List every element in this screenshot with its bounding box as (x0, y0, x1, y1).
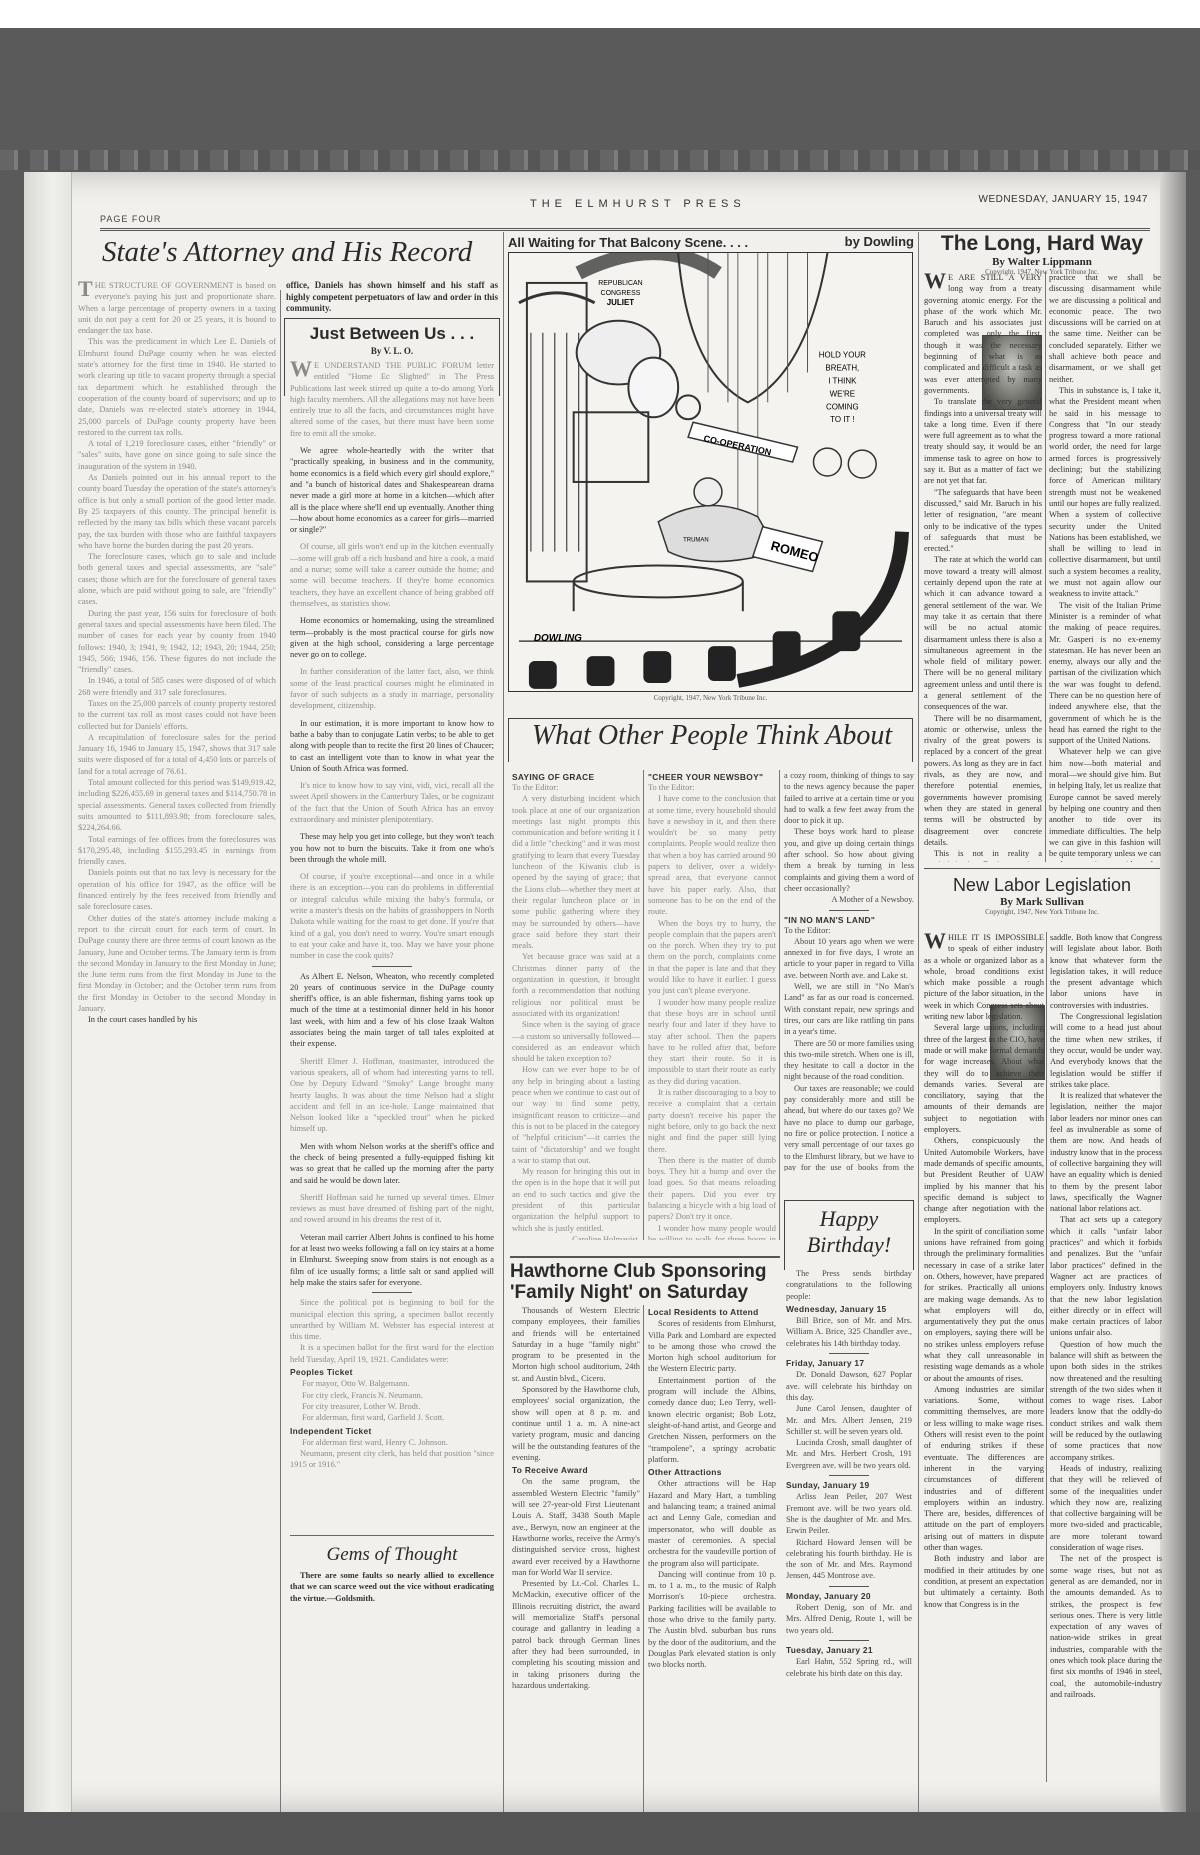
long-hard-way-headline: The Long, Hard Way (924, 232, 1160, 256)
cartoon-credit: by Dowling (845, 234, 914, 249)
long-hard-way-col-b: practice that we shall be discussing dis… (1049, 272, 1161, 862)
svg-text:TRUMAN: TRUMAN (683, 538, 709, 544)
svg-text:DOWLING: DOWLING (534, 633, 582, 644)
svg-text:TO IT !: TO IT ! (830, 415, 854, 424)
svg-text:I THINK: I THINK (828, 376, 857, 385)
svg-text:BREATH,: BREATH, (825, 364, 859, 373)
states-attorney-body: THE STRUCTURE OF GOVERNMENT is based on … (78, 280, 276, 1026)
column-divider (280, 290, 281, 1830)
gems-of-thought: Gems of Thought There are some faults so… (290, 1535, 494, 1604)
long-hard-way-header: The Long, Hard Way By Walter Lippmann Co… (924, 232, 1160, 276)
states-attorney-headline-wrap: State's Attorney and His Record (102, 234, 500, 270)
letters-headline: What Other People Think About (512, 720, 912, 752)
issue-date: WEDNESDAY, JANUARY 15, 1947 (979, 194, 1149, 205)
states-attorney-article: THE STRUCTURE OF GOVERNMENT is based on … (78, 280, 276, 1620)
states-attorney-headline: State's Attorney and His Record (102, 234, 500, 270)
gems-quote: There are some faults so nearly allied t… (290, 1570, 494, 1604)
letter-newsboy-cont-and-no-mans-land: a cozy room, thinking of things to say t… (784, 770, 914, 1171)
sullivan-byline: By Mark Sullivan (924, 896, 1160, 908)
hawthorne-col-b: Local Residents to Attend Scores of resi… (648, 1305, 776, 1825)
independent-ticket-list: For alderman first ward, Henry C. Johnso… (290, 1437, 494, 1448)
svg-text:COMING: COMING (826, 402, 859, 411)
svg-text:WE'RE: WE'RE (830, 389, 855, 398)
letter-cheer-your-newsboy: "CHEER YOUR NEWSBOY" To the Editor: I ha… (648, 770, 776, 1240)
binding-edge-right (1160, 172, 1186, 1812)
paper-name: THE ELMHURST PRESS (530, 198, 746, 210)
binding-edge-left (24, 172, 72, 1812)
peoples-ticket-list: For mayor, Otto W. Balgemann. For city c… (290, 1378, 494, 1423)
hawthorne-article: Hawthorne Club Sponsoring 'Family Night'… (510, 1256, 780, 1303)
svg-text:JULIET: JULIET (607, 298, 635, 307)
svg-text:HOLD YOUR: HOLD YOUR (819, 351, 866, 360)
masthead-rule (100, 228, 1150, 231)
cartoon-header: All Waiting for That Balcony Scene. . . … (508, 234, 918, 252)
letter-saying-of-grace: SAYING OF GRACE To the Editor: A very di… (512, 770, 640, 1240)
birthday-column: Happy Birthday! The Press sends birthday… (786, 1206, 912, 1752)
birthday-title-2: Birthday! (786, 1232, 912, 1258)
just-between-us-byline: By V. L. O. (290, 346, 494, 356)
cartoon-title: All Waiting for That Balcony Scene. . . … (508, 235, 748, 250)
hawthorne-col-a: Thousands of Western Electric company em… (512, 1305, 640, 1825)
birthday-list: Wednesday, January 15 Bill Brice, son of… (786, 1302, 912, 1752)
labor-headline: New Labor Legislation (924, 875, 1160, 896)
dropcap: T (78, 280, 93, 298)
column-divider (918, 232, 919, 1830)
just-between-us-headline: Just Between Us . . . (290, 324, 494, 344)
cartoon-copyright: Copyright, 1947, New York Tribune Inc. (508, 694, 913, 702)
hawthorne-headline: Hawthorne Club Sponsoring 'Family Night'… (510, 1261, 780, 1303)
masthead: PAGE FOUR THE ELMHURST PRESS WEDNESDAY, … (100, 190, 1160, 230)
lippmann-byline: By Walter Lippmann (924, 256, 1160, 268)
page-number: PAGE FOUR (100, 214, 161, 224)
gems-headline: Gems of Thought (290, 1544, 494, 1566)
just-between-us-column: Just Between Us . . . By V. L. O. WE UND… (290, 324, 494, 1485)
states-attorney-continued: office, Daniels has shown himself and hi… (286, 280, 498, 315)
svg-text:REPUBLICAN: REPUBLICAN (598, 280, 642, 287)
column-divider (503, 232, 504, 1830)
svg-text:CONGRESS: CONGRESS (601, 290, 641, 297)
long-hard-way-col-a: WE ARE STILL A VERY long way from a trea… (924, 272, 1042, 862)
just-between-us-body: WE UNDERSTAND THE PUBLIC FORUM letter en… (290, 360, 494, 1485)
labor-col-a: WHILE IT IS IMPOSSIBLE to speak of eithe… (924, 932, 1044, 1792)
scan-bottom-band (0, 1812, 1200, 1855)
labor-col-b: saddle. Both know that Congress will leg… (1050, 932, 1162, 1792)
scan-artifact-band (0, 150, 1200, 170)
editorial-cartoon: CO-OPERATION REPUBLICAN CONGRESS JULIET … (508, 252, 913, 692)
labor-header: New Labor Legislation By Mark Sullivan C… (924, 868, 1160, 916)
letters-headline-wrap: What Other People Think About (512, 720, 912, 752)
balcony-scene-illustration: CO-OPERATION REPUBLICAN CONGRESS JULIET … (509, 253, 912, 691)
birthday-title-1: Happy (786, 1206, 912, 1232)
